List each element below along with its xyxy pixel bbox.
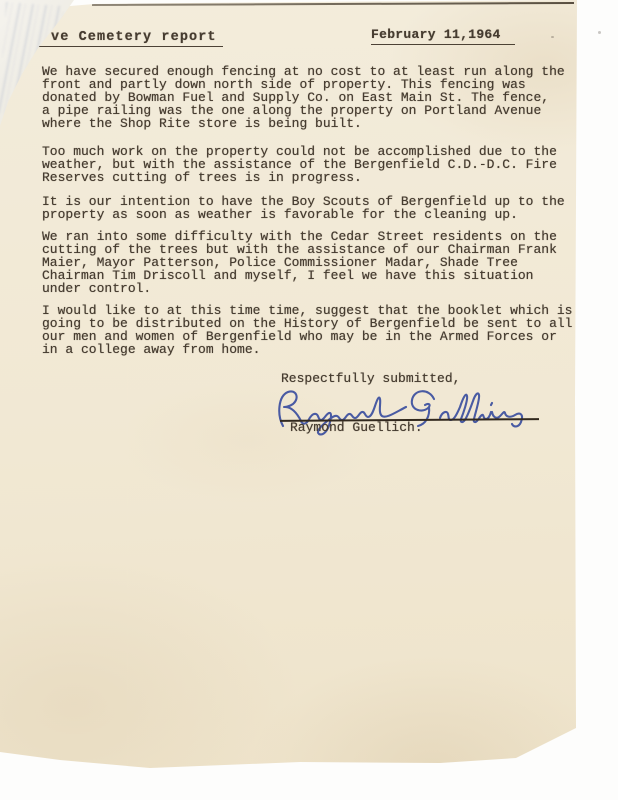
scan-speck xyxy=(598,31,601,34)
page-top-edge xyxy=(92,2,574,6)
paragraph-cedar-street: We ran into some difficulty with the Ced… xyxy=(42,230,557,295)
paragraph-boy-scouts: It is our intention to have the Boy Scou… xyxy=(42,195,565,221)
paragraph-weather: Too much work on the property could not … xyxy=(42,145,557,184)
paragraph-booklet: I would like to at this time time, sugge… xyxy=(42,304,573,356)
closing-line: Respectfully submitted, xyxy=(281,372,460,385)
report-date: February 11,1964 xyxy=(371,28,515,45)
scanned-letter: ve Cemetery report February 11,1964 We h… xyxy=(0,0,618,800)
scan-speck xyxy=(551,36,554,38)
paragraph-fencing: We have secured enough fencing at no cos… xyxy=(42,65,565,130)
report-title: ve Cemetery report xyxy=(35,31,223,47)
letter-page: ve Cemetery report February 11,1964 We h… xyxy=(0,0,618,800)
typed-signature-name: Raymond Guellich. xyxy=(290,421,423,434)
